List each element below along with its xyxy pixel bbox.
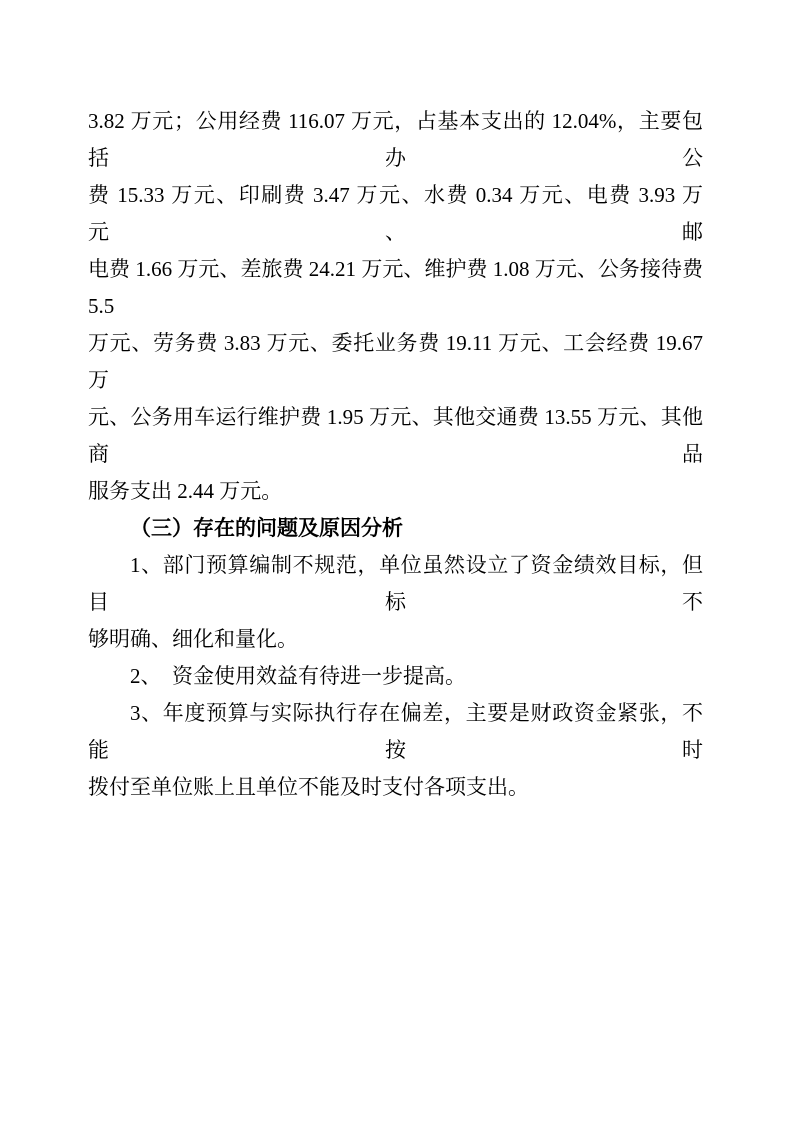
list-item-3-line-1: 3、年度预算与实际执行存在偏差，主要是财政资金紧张，不能按时	[88, 695, 703, 769]
list-item-1-line-2: 够明确、细化和量化。	[88, 621, 703, 658]
document-page: 3.82 万元；公用经费 116.07 万元，占基本支出的 12.04%，主要包…	[0, 0, 793, 1122]
list-item-2-line-1: 2、 资金使用效益有待进一步提高。	[88, 658, 703, 695]
body-line-expenses-6: 服务支出 2.44 万元。	[88, 473, 703, 510]
list-item-1-line-1: 1、部门预算编制不规范，单位虽然设立了资金绩效目标，但目标不	[88, 547, 703, 621]
body-line-expenses-2: 费 15.33 万元、印刷费 3.47 万元、水费 0.34 万元、电费 3.9…	[88, 177, 703, 251]
list-item-3-line-2: 拨付至单位账上且单位不能及时支付各项支出。	[88, 769, 703, 806]
section-heading-problems: （三）存在的问题及原因分析	[88, 510, 703, 547]
body-line-expenses-3: 电费 1.66 万元、差旅费 24.21 万元、维护费 1.08 万元、公务接待…	[88, 251, 703, 325]
body-line-expenses-1: 3.82 万元；公用经费 116.07 万元，占基本支出的 12.04%，主要包…	[88, 103, 703, 177]
document-body: 3.82 万元；公用经费 116.07 万元，占基本支出的 12.04%，主要包…	[88, 103, 703, 806]
body-line-expenses-4: 万元、劳务费 3.83 万元、委托业务费 19.11 万元、工会经费 19.67…	[88, 325, 703, 399]
body-line-expenses-5: 元、公务用车运行维护费 1.95 万元、其他交通费 13.55 万元、其他商品	[88, 399, 703, 473]
